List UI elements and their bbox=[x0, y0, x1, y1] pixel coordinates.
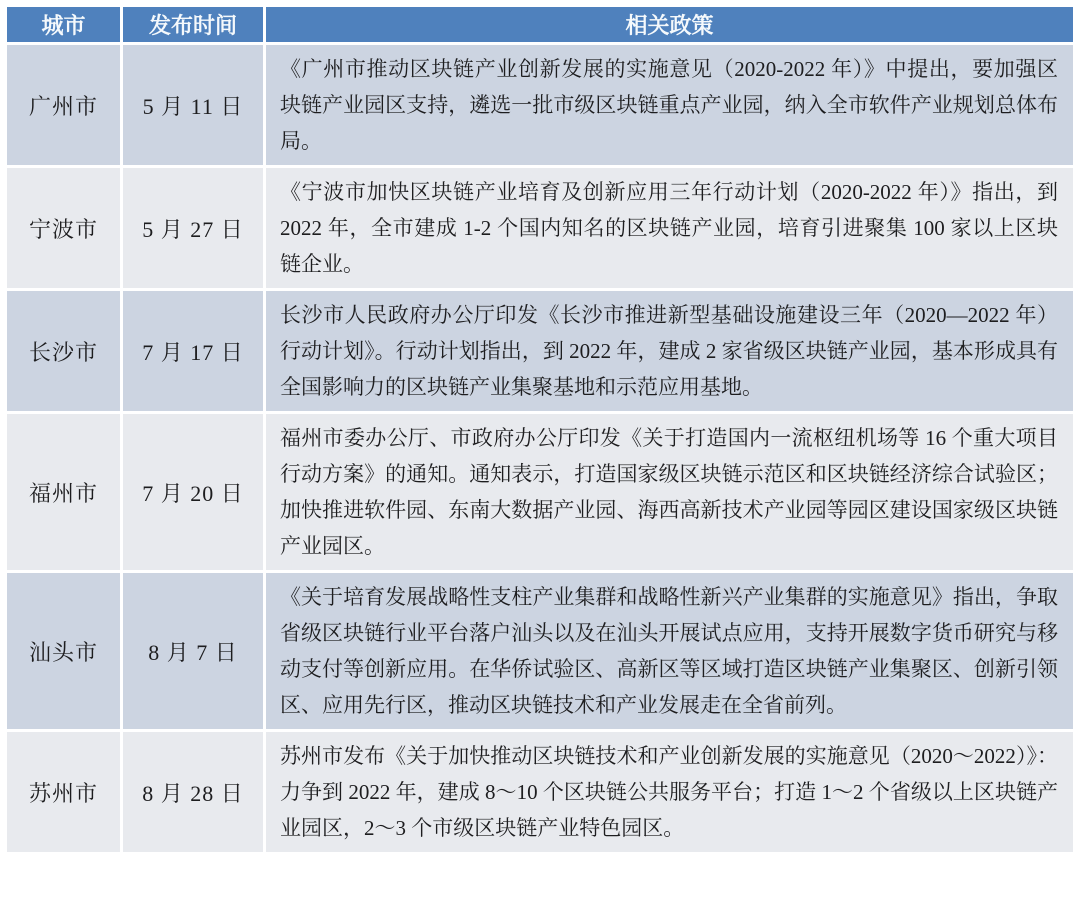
date-cell: 8 月 28 日 bbox=[123, 732, 263, 852]
table-row: 苏州市 8 月 28 日 苏州市发布《关于加快推动区块链技术和产业创新发展的实施… bbox=[7, 732, 1073, 852]
header-row: 城市 发布时间 相关政策 bbox=[7, 7, 1073, 42]
city-cell: 长沙市 bbox=[7, 291, 120, 411]
policy-cell: 《关于培育发展战略性支柱产业集群和战略性新兴产业集群的实施意见》指出，争取省级区… bbox=[266, 573, 1073, 729]
city-cell: 汕头市 bbox=[7, 573, 120, 729]
header-cell-date: 发布时间 bbox=[123, 7, 263, 42]
city-cell: 苏州市 bbox=[7, 732, 120, 852]
date-cell: 7 月 20 日 bbox=[123, 414, 263, 570]
header-cell-city: 城市 bbox=[7, 7, 120, 42]
table-row: 福州市 7 月 20 日 福州市委办公厅、市政府办公厅印发《关于打造国内一流枢纽… bbox=[7, 414, 1073, 570]
date-cell: 5 月 27 日 bbox=[123, 168, 263, 288]
date-cell: 8 月 7 日 bbox=[123, 573, 263, 729]
table-row: 宁波市 5 月 27 日 《宁波市加快区块链产业培育及创新应用三年行动计划（20… bbox=[7, 168, 1073, 288]
policy-cell: 《宁波市加快区块链产业培育及创新应用三年行动计划（2020-2022 年）》指出… bbox=[266, 168, 1073, 288]
city-blockchain-policy-table: 城市 发布时间 相关政策 广州市 5 月 11 日 《广州市推动区块链产业创新发… bbox=[4, 4, 1076, 855]
table-row: 广州市 5 月 11 日 《广州市推动区块链产业创新发展的实施意见（2020-2… bbox=[7, 45, 1073, 165]
city-cell: 宁波市 bbox=[7, 168, 120, 288]
policy-cell: 长沙市人民政府办公厅印发《长沙市推进新型基础设施建设三年（2020—2022 年… bbox=[266, 291, 1073, 411]
header-cell-policy: 相关政策 bbox=[266, 7, 1073, 42]
date-cell: 5 月 11 日 bbox=[123, 45, 263, 165]
date-cell: 7 月 17 日 bbox=[123, 291, 263, 411]
page: 城市 发布时间 相关政策 广州市 5 月 11 日 《广州市推动区块链产业创新发… bbox=[0, 0, 1080, 913]
city-cell: 福州市 bbox=[7, 414, 120, 570]
policy-cell: 《广州市推动区块链产业创新发展的实施意见（2020-2022 年）》中提出，要加… bbox=[266, 45, 1073, 165]
table-row: 长沙市 7 月 17 日 长沙市人民政府办公厅印发《长沙市推进新型基础设施建设三… bbox=[7, 291, 1073, 411]
table-row: 汕头市 8 月 7 日 《关于培育发展战略性支柱产业集群和战略性新兴产业集群的实… bbox=[7, 573, 1073, 729]
policy-cell: 福州市委办公厅、市政府办公厅印发《关于打造国内一流枢纽机场等 16 个重大项目行… bbox=[266, 414, 1073, 570]
city-cell: 广州市 bbox=[7, 45, 120, 165]
policy-cell: 苏州市发布《关于加快推动区块链技术和产业创新发展的实施意见（2020～2022）… bbox=[266, 732, 1073, 852]
